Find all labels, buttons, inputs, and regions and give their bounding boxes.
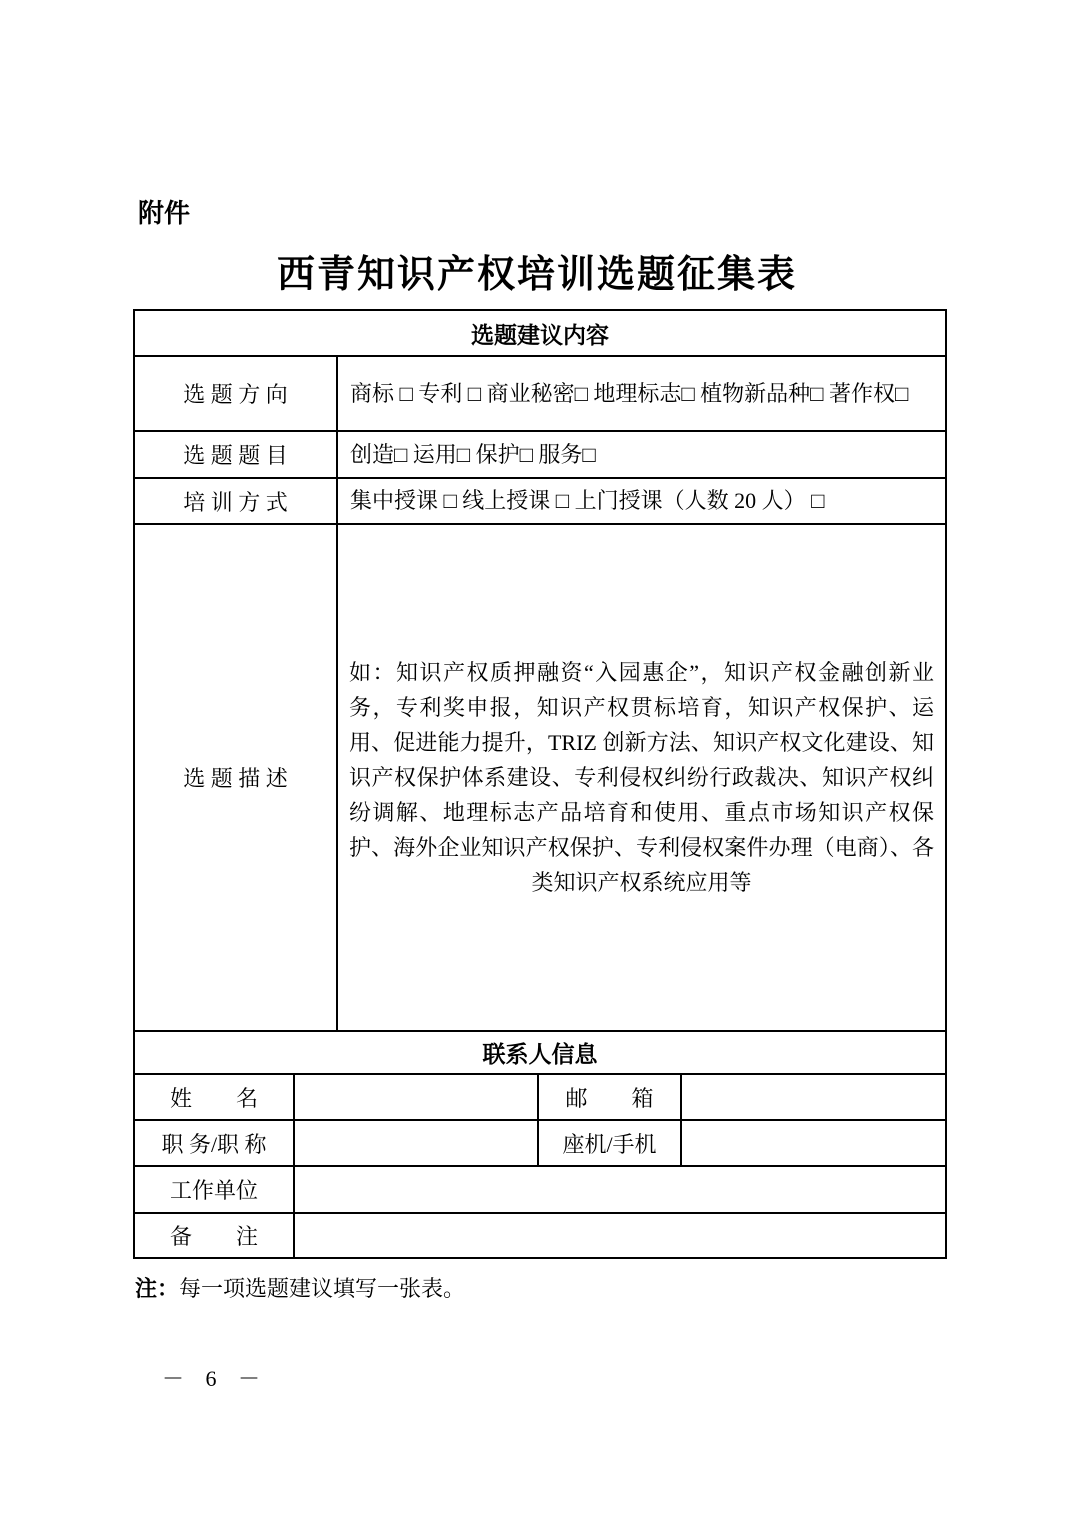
row-label-training-method: 培 训 方 式 [134, 478, 337, 524]
label-work-unit: 工作单位 [134, 1166, 294, 1213]
phone-field[interactable] [681, 1120, 946, 1166]
topic-description-text: 如：知识产权质押融资“入园惠企”，知识产权金融创新业务，专利奖申报，知识产权贯标… [337, 524, 946, 1031]
work-unit-field[interactable] [294, 1166, 946, 1213]
topic-collection-form: 选题建议内容 选 题 方 向 商标 □ 专利 □ 商业秘密□ 地理标志□ 植物新… [133, 309, 947, 1259]
label-name: 姓 名 [134, 1074, 294, 1120]
section-header-contact-info: 联系人信息 [134, 1031, 946, 1074]
attachment-label: 附件 [138, 196, 1074, 230]
footnote-text: 每一项选题建议填写一张表。 [179, 1276, 465, 1301]
row-label-topic-title: 选 题 题 目 [134, 431, 337, 478]
section-header-topic-suggestion: 选题建议内容 [134, 310, 946, 356]
label-position-title: 职 务/职 称 [134, 1120, 294, 1166]
row-label-topic-direction: 选 题 方 向 [134, 356, 337, 431]
topic-title-options[interactable]: 创造□ 运用□ 保护□ 服务□ [337, 431, 946, 478]
row-label-topic-description: 选 题 描 述 [134, 524, 337, 1031]
name-field[interactable] [294, 1074, 538, 1120]
label-email: 邮 箱 [538, 1074, 681, 1120]
page-number: － 6 － [162, 1362, 268, 1393]
page-title: 西青知识产权培训选题征集表 [0, 250, 1074, 300]
label-remarks: 备 注 [134, 1213, 294, 1258]
remarks-field[interactable] [294, 1213, 946, 1258]
position-title-field[interactable] [294, 1120, 538, 1166]
label-phone: 座机/手机 [538, 1120, 681, 1166]
email-field[interactable] [681, 1074, 946, 1120]
footnote-prefix: 注： [135, 1276, 179, 1301]
footnote: 注：每一项选题建议填写一张表。 [135, 1273, 1074, 1305]
topic-direction-options[interactable]: 商标 □ 专利 □ 商业秘密□ 地理标志□ 植物新品种□ 著作权□ [337, 356, 946, 431]
training-method-options[interactable]: 集中授课 □ 线上授课 □ 上门授课（人数 20 人） □ [337, 478, 946, 524]
